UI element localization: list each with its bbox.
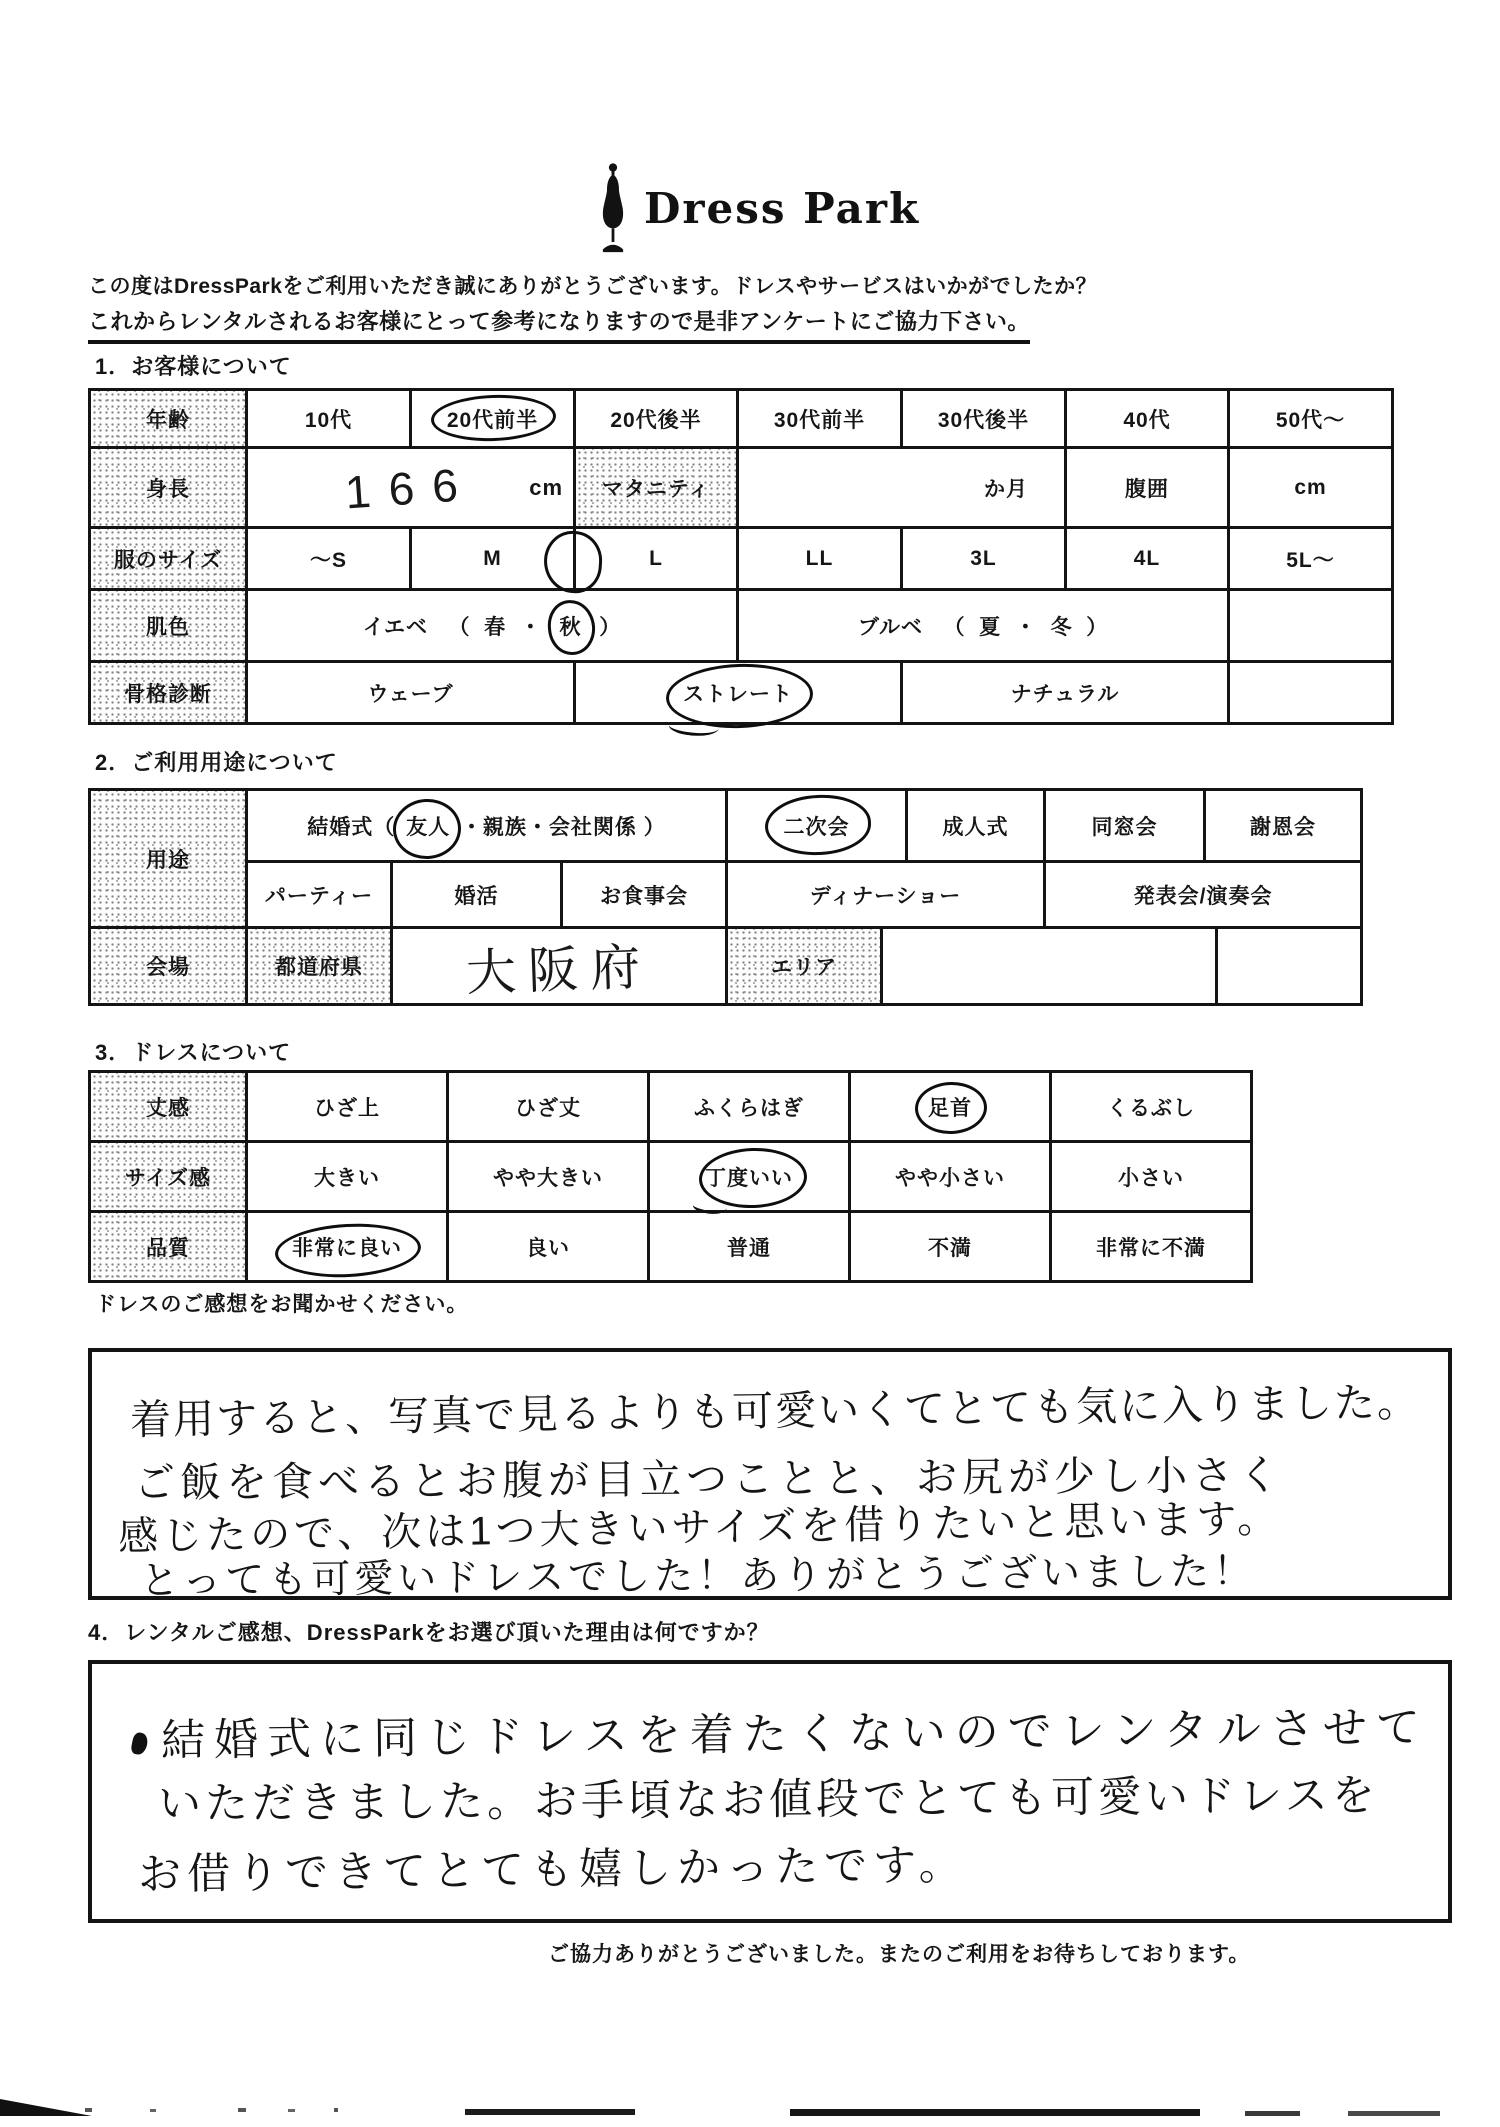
quality-option: 不満 [850, 1212, 1051, 1282]
length-option: ひざ丈 [448, 1072, 649, 1142]
scan-artifact [334, 2108, 338, 2112]
length-option-selected: 足首 [850, 1072, 1051, 1142]
age-option: 40代 [1066, 390, 1229, 448]
quality-option: 非常に不満 [1051, 1212, 1252, 1282]
quality-option: 良い [448, 1212, 649, 1282]
length-option: ふくらはぎ [649, 1072, 850, 1142]
scan-artifact [288, 2109, 295, 2112]
feedback-line: 着用すると、写真で見るよりも可愛いくてとても気に入りました。 [130, 1369, 1421, 1446]
usage-option: 謝恩会 [1205, 790, 1362, 862]
usage-option: 成人式 [907, 790, 1045, 862]
ghost-cell [1229, 662, 1393, 724]
frame-option: ナチュラル [902, 662, 1229, 724]
quality-option-selected: 非常に良い [247, 1212, 448, 1282]
scan-artifact [85, 2108, 92, 2112]
frame-row: 骨格診断 ウェーブ ストレート ナチュラル [90, 662, 1393, 724]
fit-option: やや小さい [850, 1142, 1051, 1212]
ghost-cell [1217, 928, 1362, 1005]
area-value-cell [882, 928, 1217, 1005]
size-row: 服のサイズ ～S M L LL 3L 4L 5L～ [90, 528, 1393, 590]
girth-label: 腹囲 [1066, 448, 1229, 528]
reason-line: お借りできてとても嬉しかったです。 [138, 1831, 968, 1902]
fit-option: 小さい [1051, 1142, 1252, 1212]
prefecture-label: 都道府県 [247, 928, 392, 1005]
usage-option: 同窓会 [1045, 790, 1205, 862]
usage-row-1: 用途 結婚式（ 友人 ・親族・会社関係 ） 二次会 成人式 同窓会 謝恩会 [90, 790, 1362, 862]
section3-title: 3．ドレスについて [95, 1036, 291, 1067]
scan-artifact [465, 2109, 635, 2115]
height-unit: cm [529, 475, 563, 501]
fit-option: やや大きい [448, 1142, 649, 1212]
height-value-cell: 166 cm [247, 448, 575, 528]
scan-artifact [790, 2109, 1200, 2116]
feedback-line: とっても可愛いドレスでした！ありがとうございました！ [140, 1540, 1257, 1606]
fit-option: 大きい [247, 1142, 448, 1212]
skin-warm-cell: イエベ （ 春 ・ 秋 ） [247, 590, 738, 662]
reason-line: いただきました。お手頃なお値段でとても可愛いドレスを [158, 1762, 1379, 1832]
venue-row: 会場 都道府県 大阪府 エリア [90, 928, 1362, 1005]
size-option: 5L～ [1229, 528, 1393, 590]
intro-thanks: この度はDressParkをご利用いただき誠にありがとうございます。ドレスやサー… [88, 270, 1097, 300]
usage-wedding-cell: 結婚式（ 友人 ・親族・会社関係 ） [247, 790, 727, 862]
frame-header: 骨格診断 [90, 662, 247, 724]
size-option: ～S [247, 528, 411, 590]
size-header: 服のサイズ [90, 528, 247, 590]
prefecture-handwritten-value: 大阪府 [465, 927, 653, 1005]
dress-form-icon [596, 162, 630, 254]
reason-box: 結婚式に同じドレスを着たくないのでレンタルさせて いただきました。お手頃なお値段… [88, 1660, 1452, 1923]
usage-option: 発表会/演奏会 [1045, 862, 1362, 928]
scan-artifact [1348, 2111, 1440, 2116]
section2-title: 2．ご利用用途について [95, 746, 338, 777]
section4-title: 4．レンタルご感想、DressParkをお選び頂いた理由は何ですか？ [88, 1616, 770, 1647]
length-header: 丈感 [90, 1072, 247, 1142]
fit-row: サイズ感 大きい やや大きい 丁度いい やや小さい 小さい [90, 1142, 1252, 1212]
quality-row: 品質 非常に良い 良い 普通 不満 非常に不満 [90, 1212, 1252, 1282]
skin-cool-cell: ブルベ （ 夏 ・ 冬 ） [738, 590, 1229, 662]
maternity-months-cell: か月 [738, 448, 1066, 528]
size-option: LL [738, 528, 902, 590]
size-option: 4L [1066, 528, 1229, 590]
brand-name: Dress Park [644, 184, 920, 233]
fit-header: サイズ感 [90, 1142, 247, 1212]
usage-option: お食事会 [562, 862, 727, 928]
survey-page: Dress Park この度はDressParkをご利用いただき誠にありがとうご… [0, 0, 1500, 2127]
frame-option-selected: ストレート [575, 662, 902, 724]
age-option-selected: 20代前半 [411, 390, 575, 448]
ghost-cell [1229, 590, 1393, 662]
brand-logo: Dress Park [596, 162, 920, 254]
ink-blot [130, 1732, 149, 1757]
quality-option: 普通 [649, 1212, 850, 1282]
length-option: ひざ上 [247, 1072, 448, 1142]
age-option: 50代～ [1229, 390, 1393, 448]
intro-request: これからレンタルされるお客様にとって参考になりますので是非アンケートにご協力下さ… [88, 305, 1030, 344]
skin-row: 肌色 イエベ （ 春 ・ 秋 ） ブルベ （ 夏 ・ 冬 ） [90, 590, 1393, 662]
skin-header: 肌色 [90, 590, 247, 662]
customer-table: 年齢 10代 20代前半 20代後半 30代前半 30代後半 40代 50代～ … [88, 388, 1394, 725]
age-option: 30代前半 [738, 390, 902, 448]
age-header: 年齢 [90, 390, 247, 448]
prefecture-value-cell: 大阪府 [392, 928, 727, 1005]
scan-artifact [150, 2109, 156, 2112]
age-option: 30代後半 [902, 390, 1066, 448]
scan-artifact [1245, 2111, 1300, 2116]
maternity-label: マタニティ [575, 448, 738, 528]
footer-thanks: ご協力ありがとうございました。またのご利用をお待ちしております。 [548, 1938, 1250, 1968]
usage-option: 婚活 [392, 862, 562, 928]
height-row: 身長 166 cm マタニティ か月 腹囲 cm [90, 448, 1393, 528]
usage-option: パーティー [247, 862, 392, 928]
usage-table: 用途 結婚式（ 友人 ・親族・会社関係 ） 二次会 成人式 同窓会 謝恩会 パー… [88, 788, 1363, 1006]
scan-artifact [0, 2096, 92, 2116]
reason-line: 結婚式に同じドレスを着たくないのでレンタルさせて [132, 1691, 1429, 1769]
age-row: 年齢 10代 20代前半 20代後半 30代前半 30代後半 40代 50代～ [90, 390, 1393, 448]
pen-tail [668, 713, 720, 740]
fit-option-selected: 丁度いい [649, 1142, 850, 1212]
girth-unit: cm [1229, 448, 1393, 528]
usage-row-2: パーティー 婚活 お食事会 ディナーショー 発表会/演奏会 [90, 862, 1362, 928]
size-option-m: M [411, 528, 575, 590]
length-option: くるぶし [1051, 1072, 1252, 1142]
size-option: 3L [902, 528, 1066, 590]
section1-title: 1．お客様について [95, 350, 292, 381]
height-header: 身長 [90, 448, 247, 528]
age-option: 20代後半 [575, 390, 738, 448]
dress-table: 丈感 ひざ上 ひざ丈 ふくらはぎ 足首 くるぶし サイズ感 大きい やや大きい … [88, 1070, 1253, 1283]
feedback-box: 着用すると、写真で見るよりも可愛いくてとても気に入りました。 ご飯を食べるとお腹… [88, 1348, 1452, 1600]
age-option: 10代 [247, 390, 411, 448]
area-label: エリア [727, 928, 882, 1005]
feedback-prompt: ドレスのご感想をお聞かせください。 [95, 1288, 468, 1318]
usage-option-selected: 二次会 [727, 790, 907, 862]
scan-artifact [238, 2108, 246, 2112]
height-handwritten-value: 166 [343, 456, 477, 519]
frame-option: ウェーブ [247, 662, 575, 724]
length-row: 丈感 ひざ上 ひざ丈 ふくらはぎ 足首 くるぶし [90, 1072, 1252, 1142]
usage-option: ディナーショー [727, 862, 1045, 928]
venue-header: 会場 [90, 928, 247, 1005]
usage-header: 用途 [90, 790, 247, 928]
quality-header: 品質 [90, 1212, 247, 1282]
